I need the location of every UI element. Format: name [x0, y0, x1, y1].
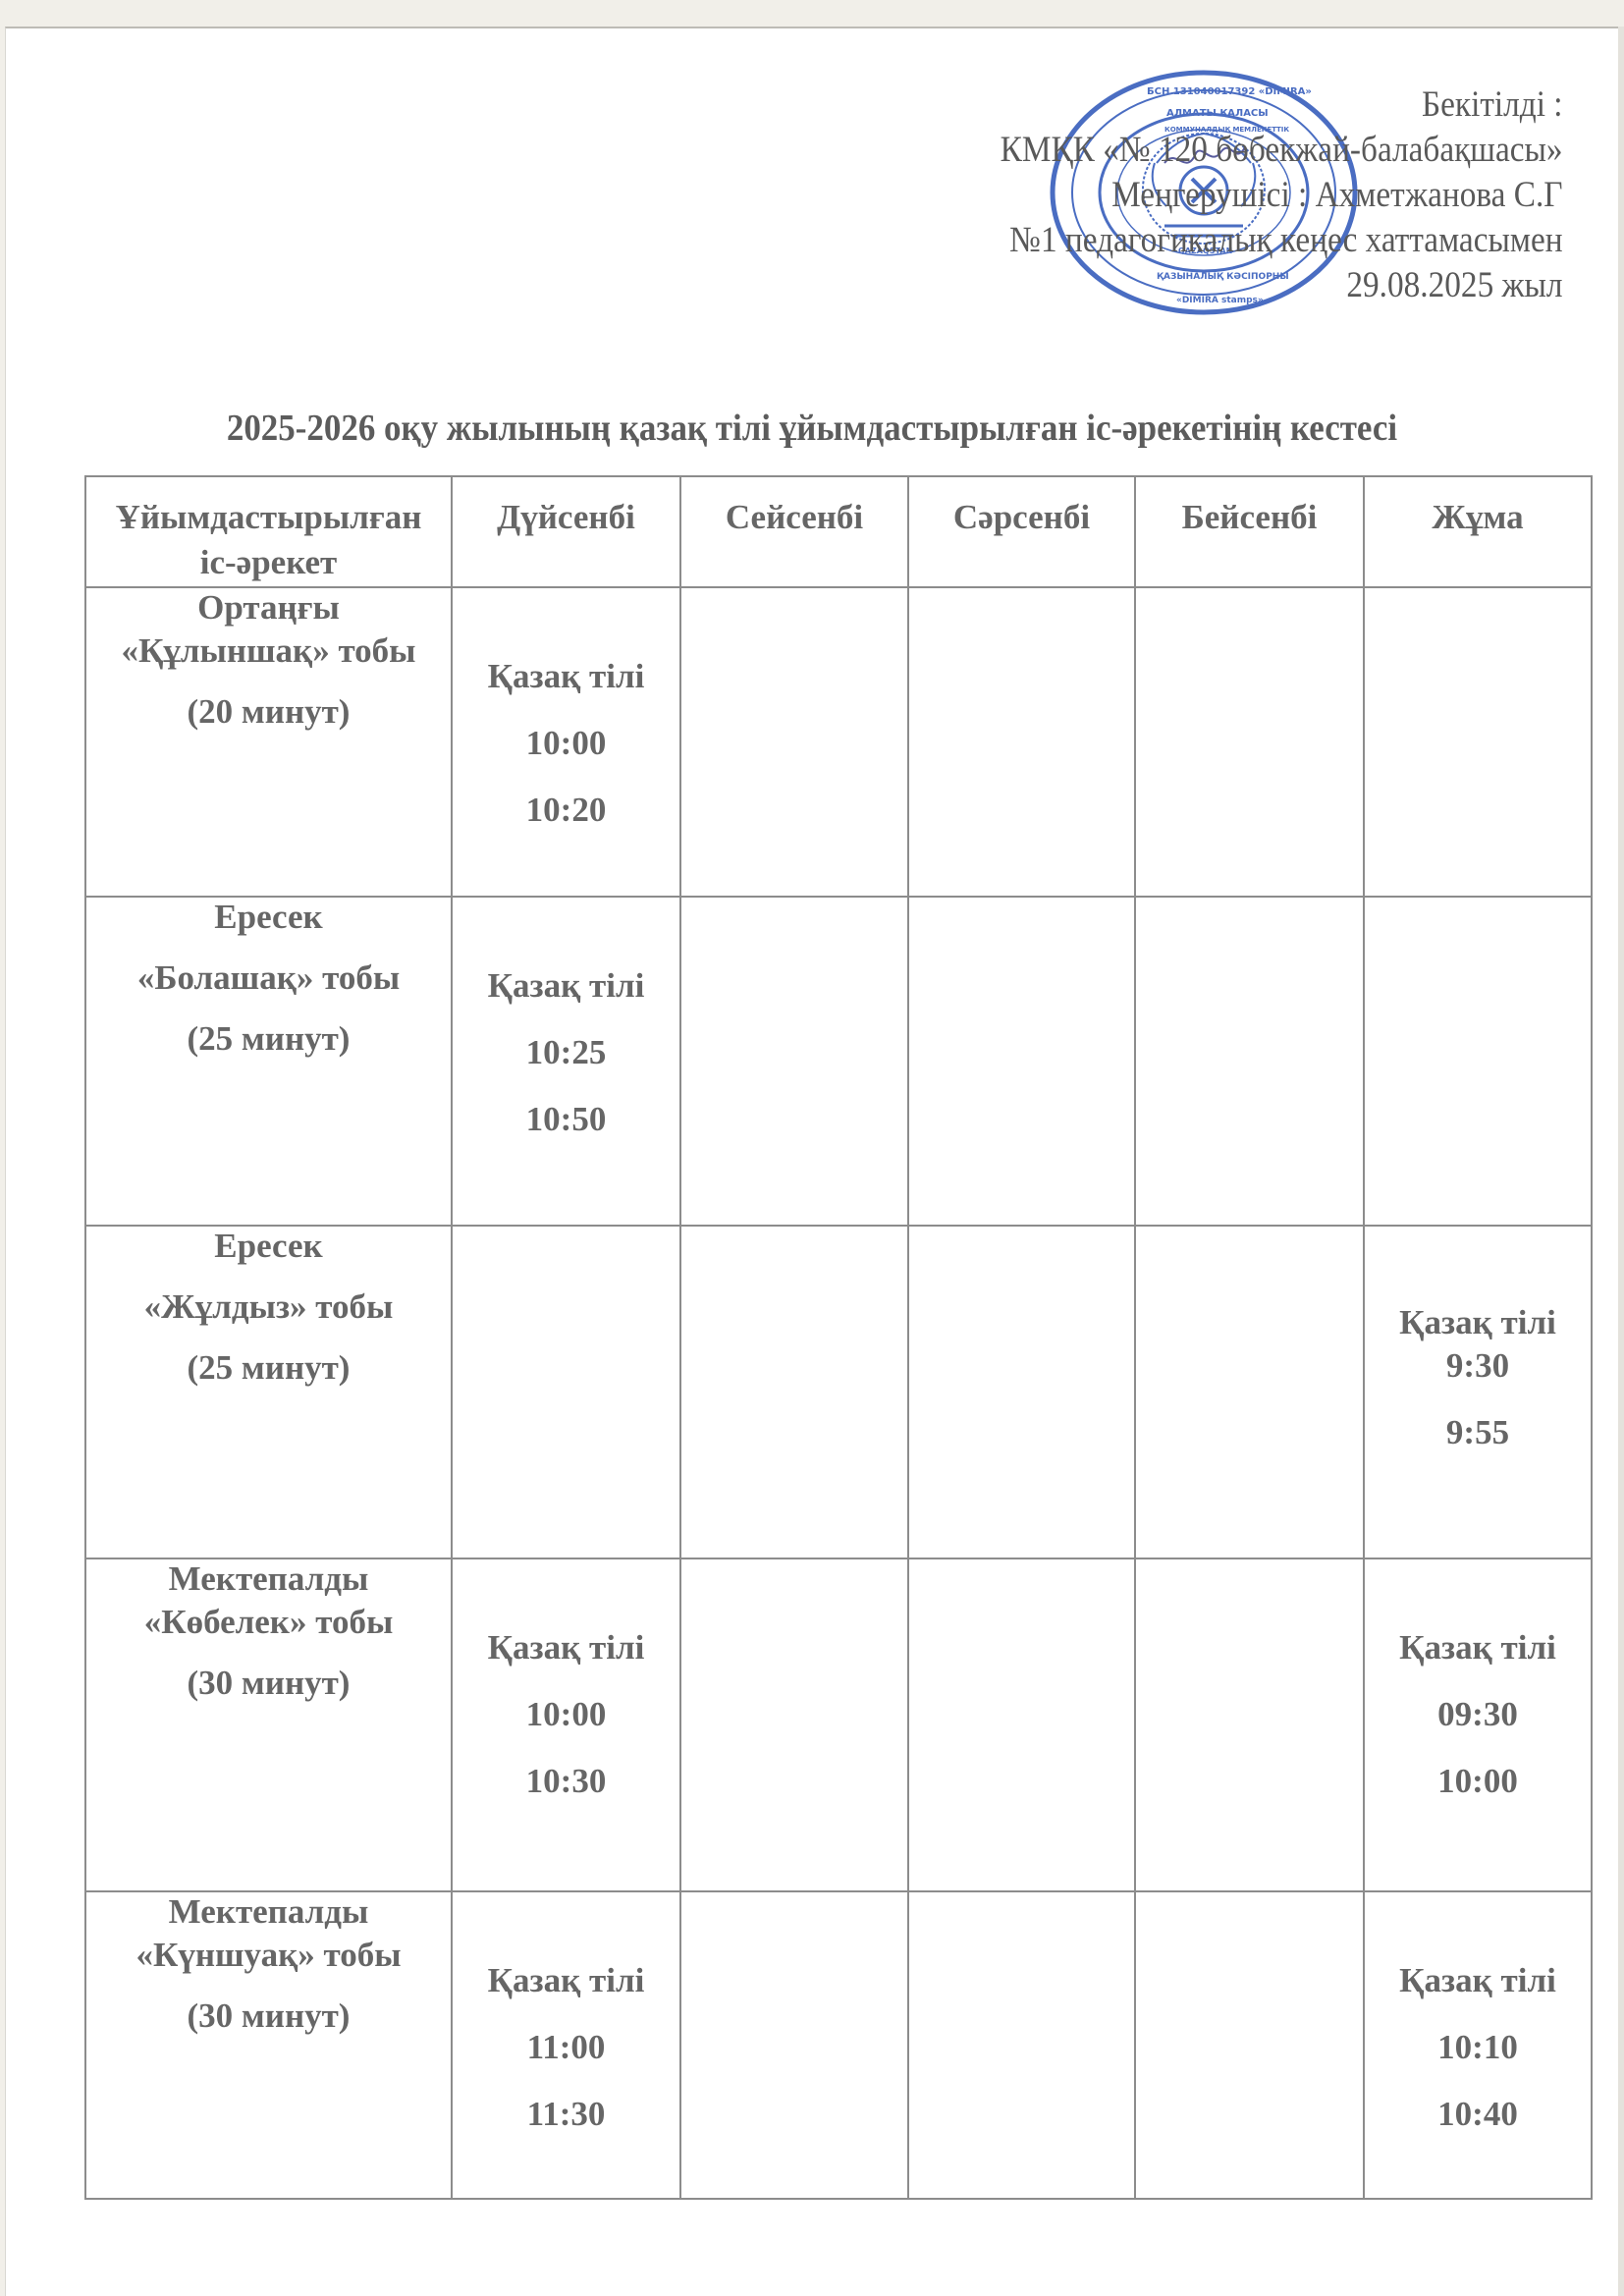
tuesday-cell [680, 1226, 908, 1558]
table-row: Ортаңғы «Құлыншақ» тобы (20 минут) Қазақ… [85, 587, 1592, 897]
thursday-cell [1135, 897, 1364, 1226]
header-wednesday: Сәрсенбі [908, 476, 1135, 587]
document-title: 2025-2026 оқу жылының қазақ тілі ұйымдас… [0, 407, 1624, 450]
schedule-table: Ұйымдастырылғаніс-әрекет Дүйсенбі Сейсен… [84, 475, 1593, 2200]
friday-cell: Қазақ тілі 10:10 10:40 [1364, 1891, 1592, 2199]
wednesday-cell [908, 1558, 1135, 1891]
thursday-cell [1135, 1558, 1364, 1891]
wednesday-cell [908, 587, 1135, 897]
friday-cell: Қазақ тілі 9:30 9:55 [1364, 1226, 1592, 1558]
table-row: Ересек «Болашақ» тобы (25 минут) Қазақ т… [85, 897, 1592, 1226]
approval-block: Бекітілді : КМҚК «№ 120 бөбекжай-балабақ… [1001, 82, 1563, 308]
approval-protocol: №1 педагогикалық кеңес хаттамасымен [1001, 218, 1563, 263]
thursday-cell [1135, 587, 1364, 897]
header-activity: Ұйымдастырылғаніс-әрекет [85, 476, 452, 587]
monday-cell: Қазақ тілі 10:00 10:30 [452, 1558, 680, 1891]
friday-cell [1364, 587, 1592, 897]
table-row: Ересек «Жұлдыз» тобы (25 минут) Қазақ ті… [85, 1226, 1592, 1558]
scan-edge [1618, 27, 1624, 2296]
wednesday-cell [908, 897, 1135, 1226]
tuesday-cell [680, 1558, 908, 1891]
header-thursday: Бейсенбі [1135, 476, 1364, 587]
group-cell: Мектепалды «Күншуақ» тобы (30 минут) [85, 1891, 452, 2199]
group-cell: Ересек «Жұлдыз» тобы (25 минут) [85, 1226, 452, 1558]
monday-cell: Қазақ тілі 10:00 10:20 [452, 587, 680, 897]
monday-cell: Қазақ тілі 10:25 10:50 [452, 897, 680, 1226]
approval-label: Бекітілді : [1001, 82, 1563, 128]
group-cell: Мектепалды «Көбелек» тобы (30 минут) [85, 1558, 452, 1891]
thursday-cell [1135, 1226, 1364, 1558]
document-title-text: 2025-2026 оқу жылының қазақ тілі ұйымдас… [227, 407, 1397, 450]
approval-date: 29.08.2025 жыл [1001, 263, 1563, 308]
tuesday-cell [680, 1891, 908, 2199]
approval-head: Меңгерушісі : Ахметжанова С.Г [1001, 173, 1563, 218]
tuesday-cell [680, 587, 908, 897]
header-friday: Жұма [1364, 476, 1592, 587]
monday-cell: Қазақ тілі 11:00 11:30 [452, 1891, 680, 2199]
group-cell: Ересек «Болашақ» тобы (25 минут) [85, 897, 452, 1226]
monday-cell [452, 1226, 680, 1558]
group-cell: Ортаңғы «Құлыншақ» тобы (20 минут) [85, 587, 452, 897]
friday-cell [1364, 897, 1592, 1226]
header-tuesday: Сейсенбі [680, 476, 908, 587]
tuesday-cell [680, 897, 908, 1226]
thursday-cell [1135, 1891, 1364, 2199]
table-row: Мектепалды «Көбелек» тобы (30 минут) Қаз… [85, 1558, 1592, 1891]
approval-organization: КМҚК «№ 120 бөбекжай-балабақшасы» [1001, 128, 1563, 173]
header-monday: Дүйсенбі [452, 476, 680, 587]
wednesday-cell [908, 1226, 1135, 1558]
table-header-row: Ұйымдастырылғаніс-әрекет Дүйсенбі Сейсен… [85, 476, 1592, 587]
friday-cell: Қазақ тілі 09:30 10:00 [1364, 1558, 1592, 1891]
wednesday-cell [908, 1891, 1135, 2199]
table-row: Мектепалды «Күншуақ» тобы (30 минут) Қаз… [85, 1891, 1592, 2199]
